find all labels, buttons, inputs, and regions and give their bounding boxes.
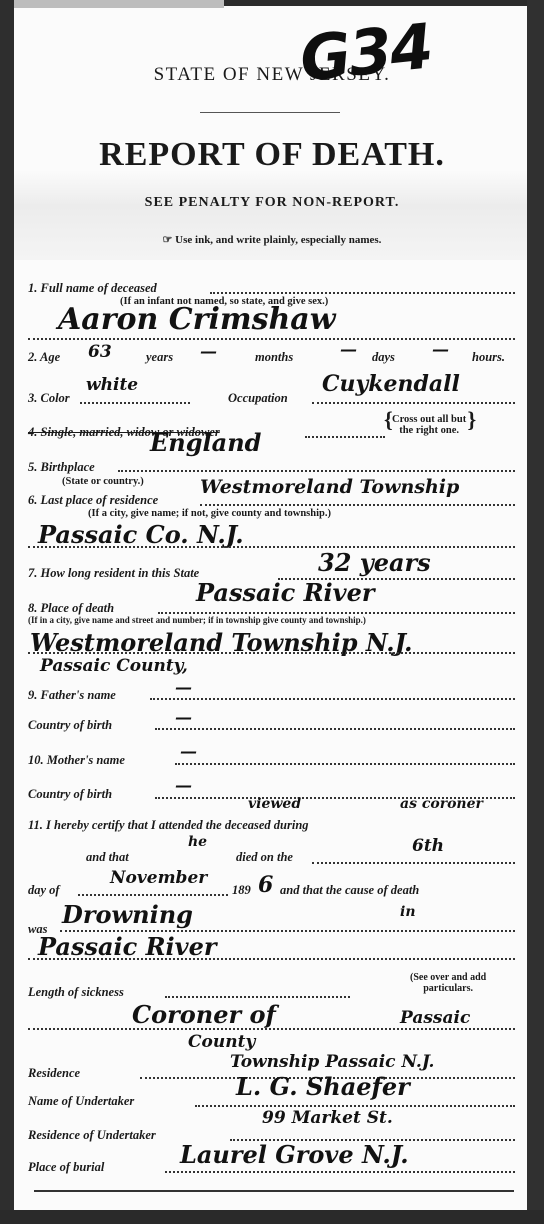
field-6-sublabel: (If a city, give name; if not, give coun… [88, 508, 331, 519]
last-residence-line [200, 504, 515, 506]
sickness-label: Length of sickness [28, 985, 124, 1000]
last-residence-value-1: Westmoreland Township [200, 476, 459, 498]
sickness-note: (See over and add particulars. [410, 972, 486, 994]
torn-top-edge [14, 0, 224, 8]
age-years-value: 63 [88, 342, 112, 362]
in-annotation: in [400, 904, 416, 920]
year-prefix: 189 [232, 883, 251, 898]
field-10-label: 10. Mother's name [28, 753, 125, 768]
months-label: months [255, 350, 293, 365]
certification-and-that: and that [86, 850, 129, 865]
death-month-line [78, 894, 228, 896]
residence-value: Township Passaic N.J. [230, 1052, 434, 1072]
undertaker-label: Name of Undertaker [28, 1094, 134, 1109]
sickness-line [165, 996, 350, 998]
birthplace-line [118, 470, 515, 472]
undertaker-residence-label: Residence of Undertaker [28, 1128, 156, 1143]
birthplace-value: England [150, 428, 261, 457]
occupation-line [312, 402, 515, 404]
certification-line-1: 11. I hereby certify that I attended the… [28, 818, 309, 833]
he-annotation: he [188, 834, 207, 850]
father-country-line [155, 728, 515, 730]
field-6-label: 6. Last place of residence [28, 493, 158, 508]
field-7-label: 7. How long resident in this State [28, 566, 199, 581]
field-9-line [150, 698, 515, 700]
coroner-annotation: as coroner [400, 796, 483, 812]
footer-rule [34, 1190, 514, 1192]
days-label: days [372, 350, 395, 365]
undertaker-line [195, 1105, 515, 1107]
residence-label: Residence [28, 1066, 80, 1081]
scan-border-bottom [0, 1210, 544, 1224]
place-of-death-value-3: Passaic County, [40, 656, 188, 676]
cause-of-death-value: Drowning [62, 900, 193, 929]
mother-country-label: Country of birth [28, 787, 112, 802]
sickness-note-line1: (See over and add [410, 972, 486, 983]
sickness-note-line2: particulars. [410, 983, 486, 994]
sickness-line-2 [28, 1028, 515, 1030]
occupation-label: Occupation [228, 391, 288, 406]
occupation-value: Cuykendall [322, 371, 460, 397]
burial-label: Place of burial [28, 1160, 104, 1175]
age-hours-value: — [432, 340, 449, 360]
years-label: years [146, 350, 173, 365]
field-1-value: Aaron Crimshaw [58, 302, 336, 337]
field-5-label: 5. Birthplace [28, 460, 95, 475]
father-name-value: — [175, 678, 192, 698]
last-residence-value-2: Passaic Co. N.J. [38, 520, 244, 549]
field-2-label: 2. Age [28, 350, 60, 365]
field-5-sublabel: (State or country.) [62, 476, 144, 487]
scan-border-right [527, 0, 544, 1224]
state-heading: STATE OF NEW JERSEY. [0, 64, 544, 86]
place-of-death-value-1: Passaic River [196, 578, 375, 607]
father-country-label: Country of birth [28, 718, 112, 733]
last-residence-line-2 [28, 546, 515, 548]
burial-line [165, 1171, 515, 1173]
age-months-value: — [200, 342, 217, 362]
field-3-label: 3. Color [28, 391, 70, 406]
viewed-annotation: viewed [248, 796, 301, 812]
ink-instruction: ☞ Use ink, and write plainly, especially… [0, 233, 544, 246]
cross-out-note-line2: the right one. [392, 425, 466, 436]
hours-label: hours. [472, 350, 505, 365]
penalty-notice: SEE PENALTY FOR NON-REPORT. [0, 195, 544, 211]
death-month-value: November [110, 868, 207, 888]
coroner-signature-extra: Passaic [400, 1008, 470, 1028]
cross-out-note-line1: Cross out all but [392, 414, 466, 425]
undertaker-residence-value: 99 Market St. [262, 1108, 393, 1128]
certification-cause: and that the cause of death [280, 883, 419, 898]
field-1-label: 1. Full name of deceased [28, 281, 157, 296]
coroner-signature-line2: County [188, 1032, 255, 1052]
cross-out-note: { Cross out all but the right one. } [392, 414, 466, 436]
color-line [80, 402, 190, 404]
mother-name-value: — [180, 742, 197, 762]
field-8-line-2 [28, 652, 515, 654]
field-10-line [175, 763, 515, 765]
death-day-value: 6th [412, 836, 444, 856]
burial-value: Laurel Grove N.J. [180, 1140, 409, 1169]
field-1-line [210, 292, 515, 294]
report-title: REPORT OF DEATH. [0, 136, 544, 174]
certification-died-on: died on the [236, 850, 293, 865]
header-divider [200, 112, 340, 113]
age-days-value: — [340, 340, 357, 360]
death-day-line [312, 862, 515, 864]
coroner-signature-line1: Coroner of [132, 1000, 276, 1029]
year-value: 6 [258, 872, 273, 898]
scan-border-left [0, 0, 14, 1224]
cause-location-value: Passaic River [38, 932, 217, 961]
file-number: G34 [297, 9, 435, 95]
certification-day-of: day of [28, 883, 60, 898]
mother-country-value: — [175, 776, 192, 796]
field-4-line [305, 436, 385, 438]
field-9-label: 9. Father's name [28, 688, 116, 703]
field-8-line [158, 612, 515, 614]
father-country-value: — [175, 708, 192, 728]
residence-duration-value: 32 years [318, 548, 431, 577]
field-8-sublabel: (If in a city, give name and street and … [28, 615, 366, 625]
color-value: white [86, 375, 138, 395]
undertaker-value: L. G. Shaefer [236, 1072, 410, 1101]
paper-shadow [14, 170, 527, 260]
field-8-label: 8. Place of death [28, 601, 114, 616]
cause-line-2 [28, 958, 515, 960]
